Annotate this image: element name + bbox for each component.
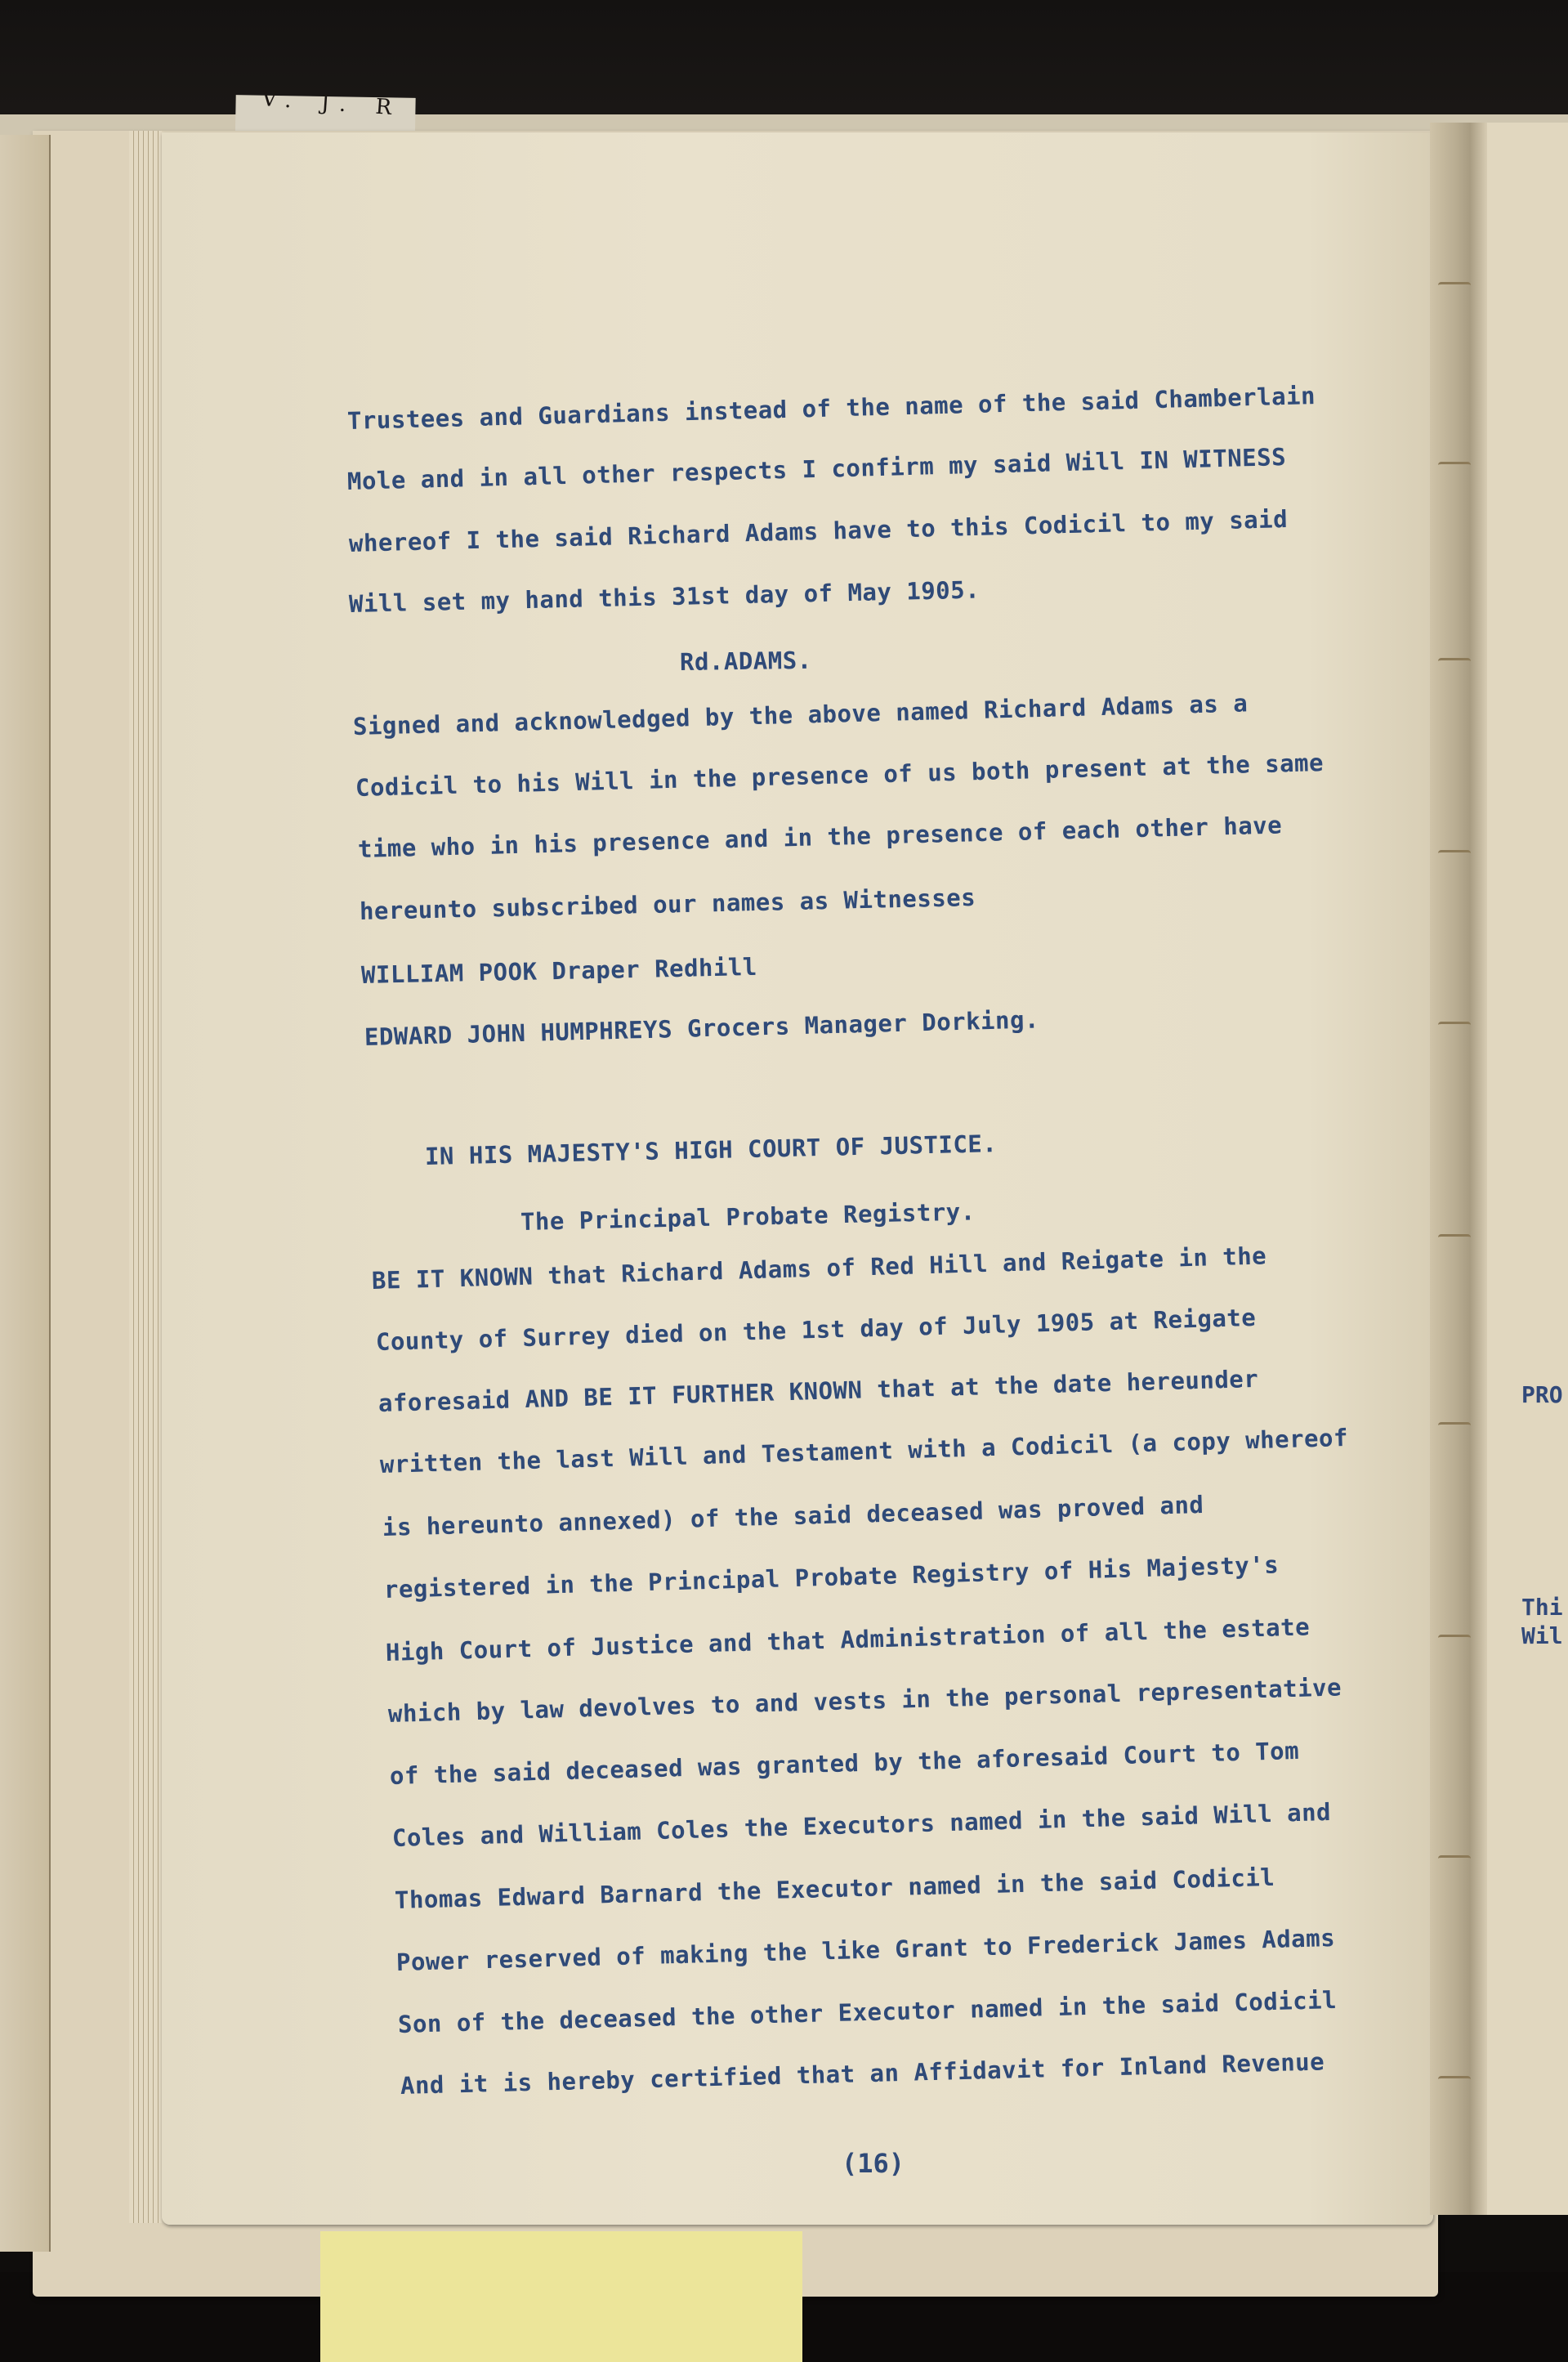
text-line: Will set my hand this 31st day of May 19… — [349, 575, 981, 618]
witness-line: WILLIAM POOK Draper Redhill — [361, 953, 758, 989]
text-line: Coles and William Coles the Executors na… — [392, 1798, 1332, 1852]
page-number: (16) — [842, 2148, 905, 2179]
text-line: written the last Will and Testament with… — [380, 1424, 1349, 1478]
text-line: whereof I the said Richard Adams have to… — [349, 505, 1289, 557]
text-line: Trustees and Guardians instead of the na… — [347, 382, 1316, 435]
text-line: Signed and acknowledged by the above nam… — [353, 689, 1249, 740]
text-line: which by law devolves to and vests in th… — [388, 1673, 1342, 1728]
text-line: And it is hereby certified that an Affid… — [400, 2047, 1325, 2100]
court-heading: IN HIS MAJESTY'S HIGH COURT OF JUSTICE. — [425, 1130, 998, 1170]
text-line: Codicil to his Will in the presence of u… — [355, 749, 1325, 802]
text-line: is hereunto annexed) of the said decease… — [382, 1491, 1204, 1541]
signature-line: Rd.ADAMS. — [680, 646, 812, 676]
next-page-fragment: Thi — [1521, 1594, 1563, 1621]
text-line: Power reserved of making the like Grant … — [396, 1924, 1336, 1976]
next-page-fragment: PRO — [1521, 1381, 1563, 1408]
registry-heading: The Principal Probate Registry. — [520, 1197, 976, 1236]
text-line: of the said deceased was granted by the … — [390, 1737, 1300, 1790]
typed-text: Trustees and Guardians instead of the na… — [0, 0, 1568, 2362]
witness-line: EDWARD JOHN HUMPHREYS Grocers Manager Do… — [364, 1005, 1040, 1051]
text-line: County of Surrey died on the 1st day of … — [376, 1304, 1257, 1356]
next-page-fragment: Wil — [1521, 1622, 1563, 1649]
text-line: BE IT KNOWN that Richard Adams of Red Hi… — [372, 1241, 1267, 1295]
text-line: time who in his presence and in the pres… — [358, 811, 1283, 863]
text-line: registered in the Principal Probate Regi… — [384, 1550, 1280, 1604]
text-line: aforesaid AND BE IT FURTHER KNOWN that a… — [378, 1365, 1259, 1417]
text-line: Son of the deceased the other Executor n… — [398, 1986, 1338, 2038]
text-line: hereunto subscribed our names as Witness… — [360, 884, 976, 925]
text-line: Thomas Edward Barnard the Executor named… — [395, 1863, 1275, 1914]
text-line: Mole and in all other respects I confirm… — [347, 443, 1287, 495]
text-line: High Court of Justice and that Administr… — [386, 1613, 1311, 1666]
